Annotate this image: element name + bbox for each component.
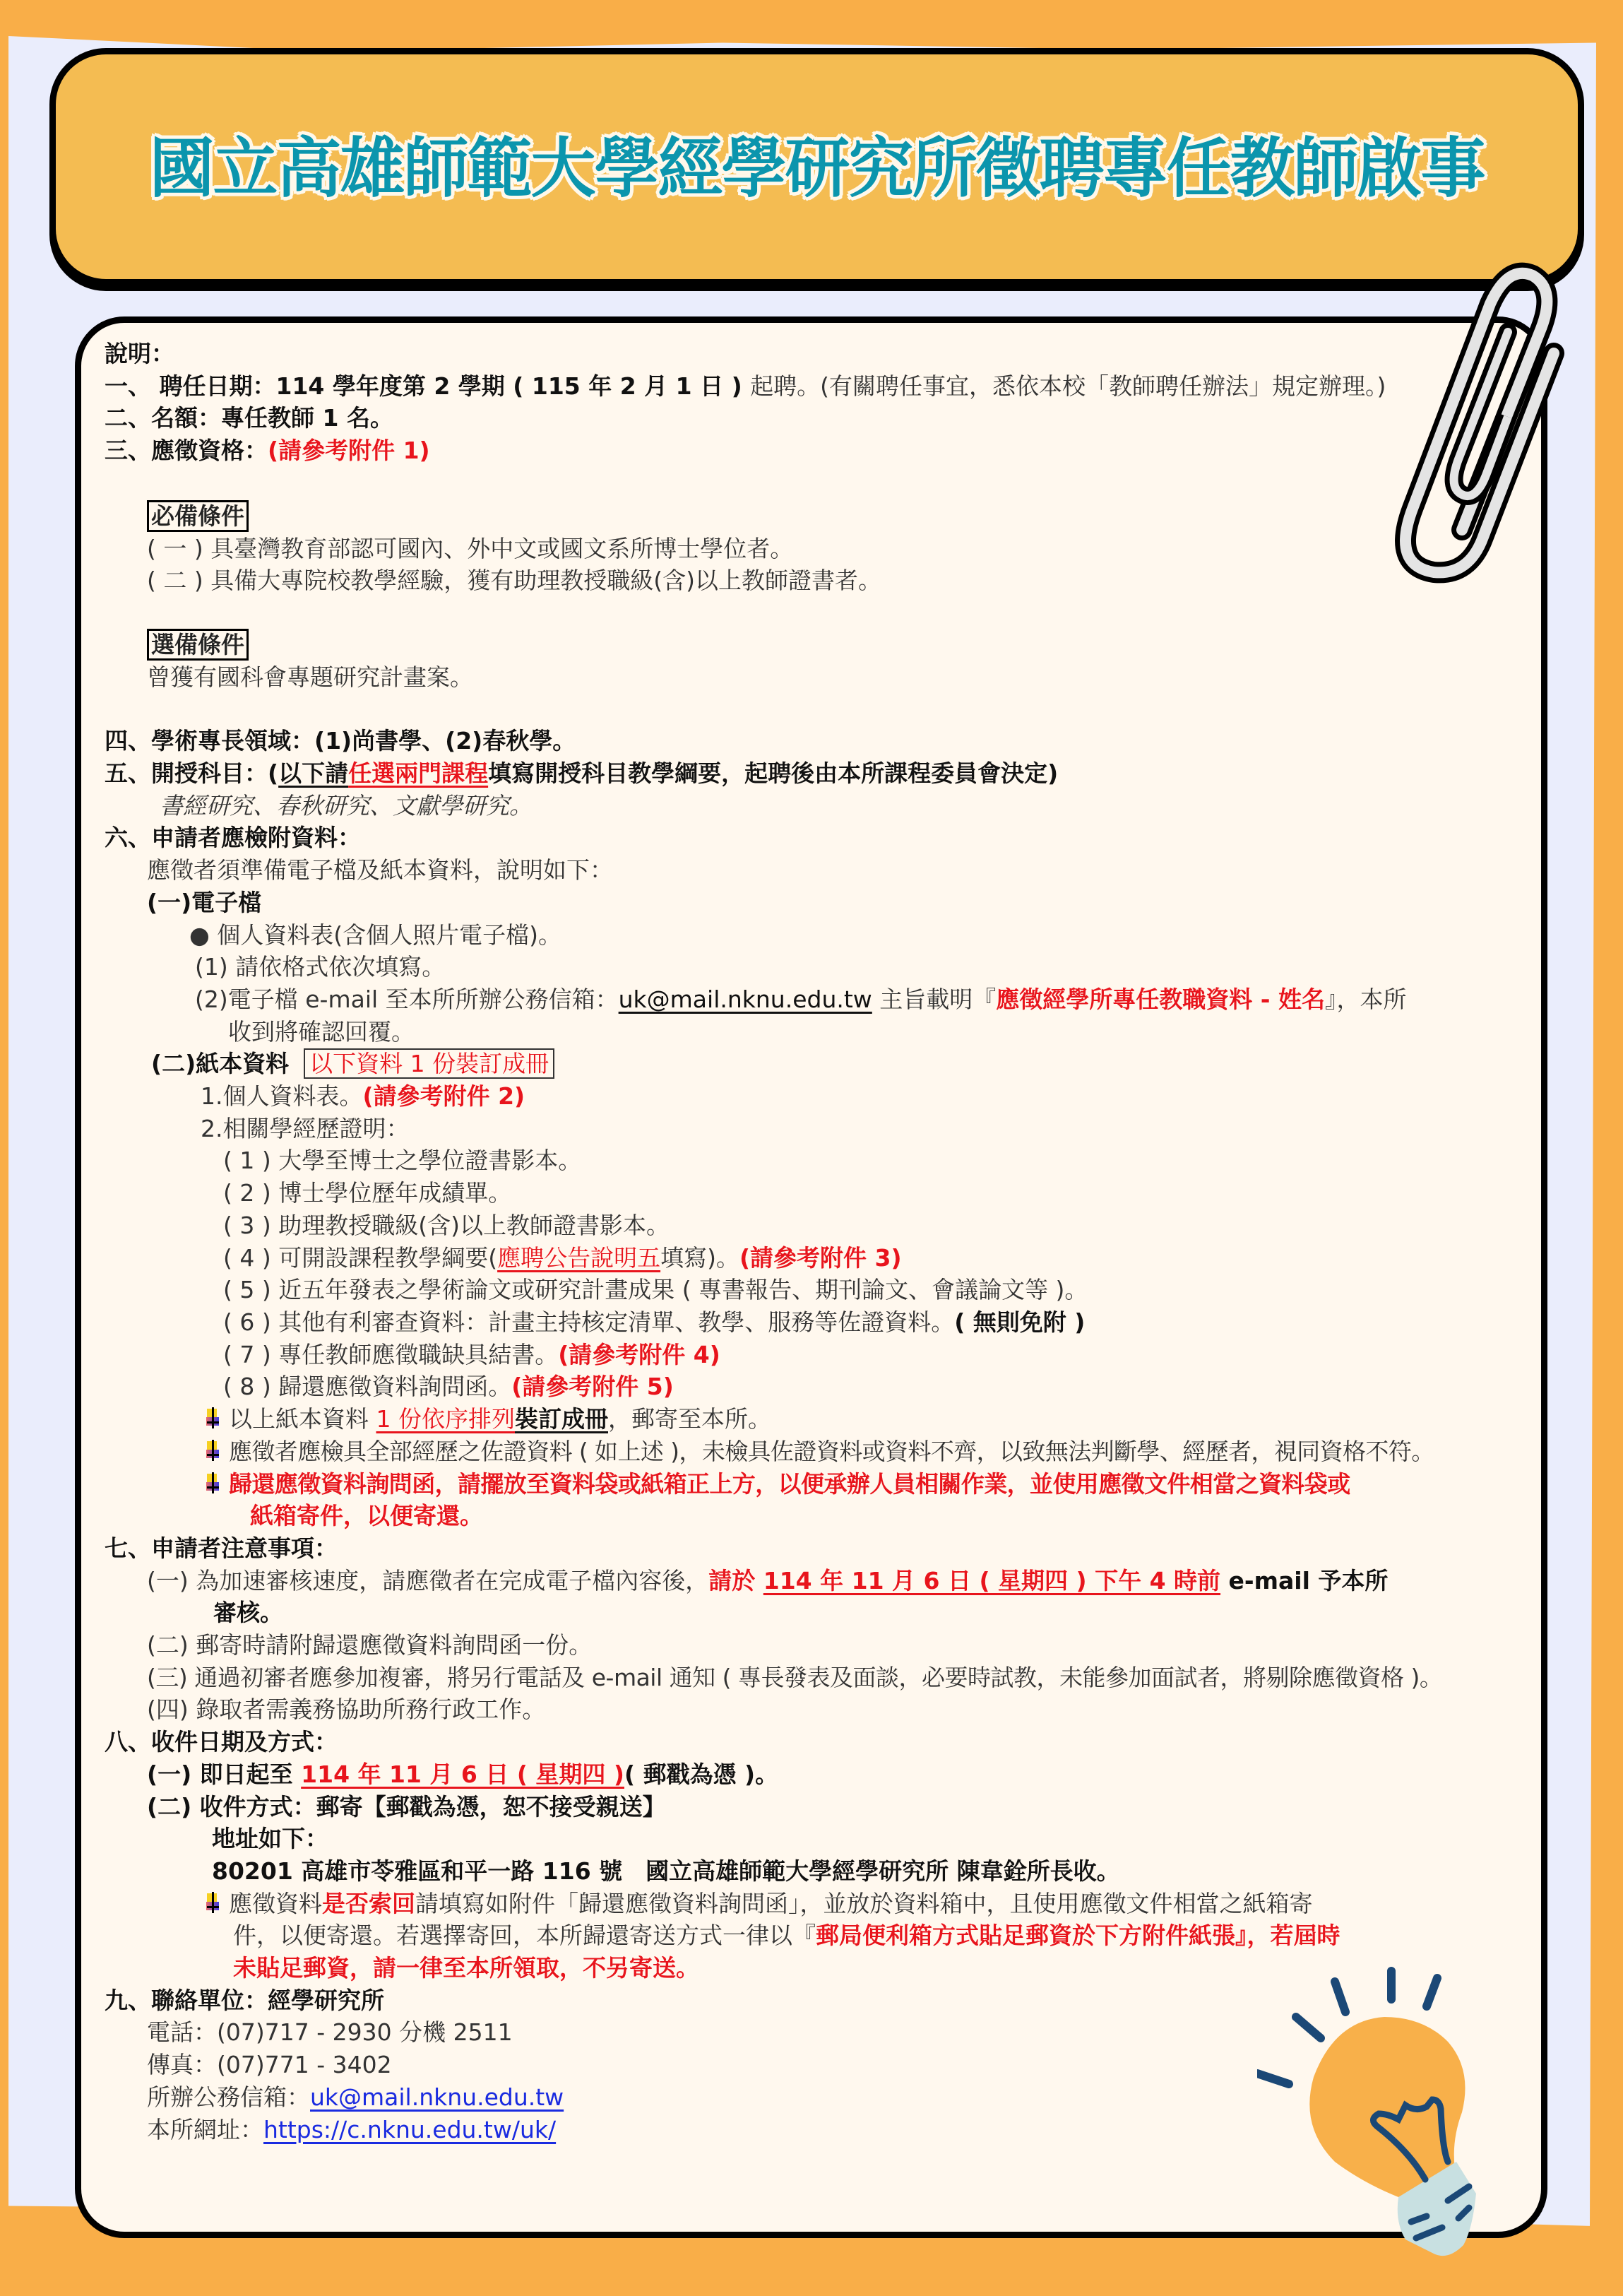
section-1: 一、 聘任日期：114 學年度第 2 學期 ( 115 年 2 月 1 日 ) …	[105, 370, 1538, 403]
document-item: ( 3 ) 助理教授職級(含)以上教師證書影本。	[105, 1209, 1538, 1242]
document-item: ( 5 ) 近五年發表之學術論文或研究計畫成果 ( 專書報告、期刊論文、會議論文…	[105, 1274, 1538, 1306]
lightbulb-icon	[1257, 1950, 1540, 2261]
note: 歸還應徵資料詢問函，請擺放至資料袋或紙箱正上方，以便承辦人員相關作業，並使用應徵…	[105, 1468, 1538, 1501]
section-3: 三、應徵資格：(請參考附件 1)	[105, 434, 1538, 467]
arrow-bullet-icon	[205, 1472, 223, 1495]
contact-email-link[interactable]: uk@mail.nknu.edu.tw	[310, 2083, 564, 2111]
document-item: ( 6 ) 其他有利審查資料：計畫主持核定清單、教學、服務等佐證資料。( 無則免…	[105, 1306, 1538, 1339]
course-list: 書經研究、春秋研究、文獻學研究。	[105, 790, 1538, 822]
optional-heading: 選備條件	[147, 629, 249, 661]
title-banner: 國立高雄師範大學經學研究所徵聘專任教師啟事	[49, 48, 1584, 285]
note: 應徵資料是否索回請填寫如附件「歸還應徵資料詢問函」，並放於資料箱中，且使用應徵文…	[105, 1888, 1538, 1920]
attachment-ref: (請參考附件 1)	[268, 437, 430, 464]
email-link[interactable]: uk@mail.nknu.edu.tw	[619, 986, 872, 1013]
electronic-heading: (一)電子檔	[105, 887, 1538, 919]
arrow-bullet-icon	[205, 1440, 223, 1462]
binding-tag: 以下資料 1 份裝訂成冊	[304, 1048, 554, 1079]
announcement-body: 說明： 一、 聘任日期：114 學年度第 2 學期 ( 115 年 2 月 1 …	[105, 338, 1538, 2146]
section-6: 六、申請者應檢附資料：	[105, 822, 1538, 854]
note: 以上紙本資料 1 份依序排列裝訂成冊，郵寄至本所。	[105, 1403, 1538, 1436]
required-item: ( 一 ) 具臺灣教育部認可國內、外中文或國文系所博士學位者。	[105, 533, 1538, 565]
deadline-date: 114 年 11 月 6 日 ( 星期四 )	[301, 1761, 624, 1788]
note: 應徵者應檢具全部經歷之佐證資料 ( 如上述 )，未檢具佐證資料或資料不齊，以致無…	[105, 1436, 1538, 1468]
document-item: ( 7 ) 專任教師應徵職缺具結書。(請參考附件 4)	[105, 1339, 1538, 1371]
arrow-bullet-icon	[205, 1407, 223, 1430]
document-item: ( 2 ) 博士學位歷年成績單。	[105, 1177, 1538, 1209]
section-5: 五、開授科目：(以下請任選兩門課程填寫開授科目教學綱要，起聘後由本所課程委員會決…	[105, 757, 1538, 790]
required-item: ( 二 ) 具備大專院校教學經驗，獲有助理教授職級(含)以上教師證書者。	[105, 564, 1538, 597]
paper-heading: (二)紙本資料	[151, 1050, 289, 1077]
website-link[interactable]: https://c.nknu.edu.tw/uk/	[263, 2116, 556, 2143]
arrow-bullet-icon	[205, 1892, 223, 1915]
document-item: ( 4 ) 可開設課程教學綱要(應聘公告說明五填寫)。(請參考附件 3)	[105, 1242, 1538, 1274]
document-item: ( 8 ) 歸還應徵資料詢問函。(請參考附件 5)	[105, 1371, 1538, 1403]
section-4: 四、學術專長領域：(1)尚書學、(2)春秋學。	[105, 725, 1538, 757]
mailing-address: 80201 高雄市苓雅區和平一路 116 號 國立高雄師範大學經學研究所 陳韋銓…	[105, 1855, 1538, 1888]
intro-label: 說明：	[105, 338, 1538, 370]
document-item: ( 1 ) 大學至博士之學位證書影本。	[105, 1144, 1538, 1177]
optional-item: 曾獲有國科會專題研究計畫案。	[105, 661, 1538, 694]
deadline: 114 年 11 月 6 日 ( 星期四 ) 下午 4 時前	[763, 1567, 1220, 1594]
section-7: 七、申請者注意事項：	[105, 1532, 1538, 1565]
section-8: 八、收件日期及方式：	[105, 1726, 1538, 1758]
section-2: 二、名額：專任教師 1 名。	[105, 402, 1538, 434]
page-title: 國立高雄師範大學經學研究所徵聘專任教師啟事	[149, 117, 1484, 210]
required-heading: 必備條件	[147, 500, 249, 532]
